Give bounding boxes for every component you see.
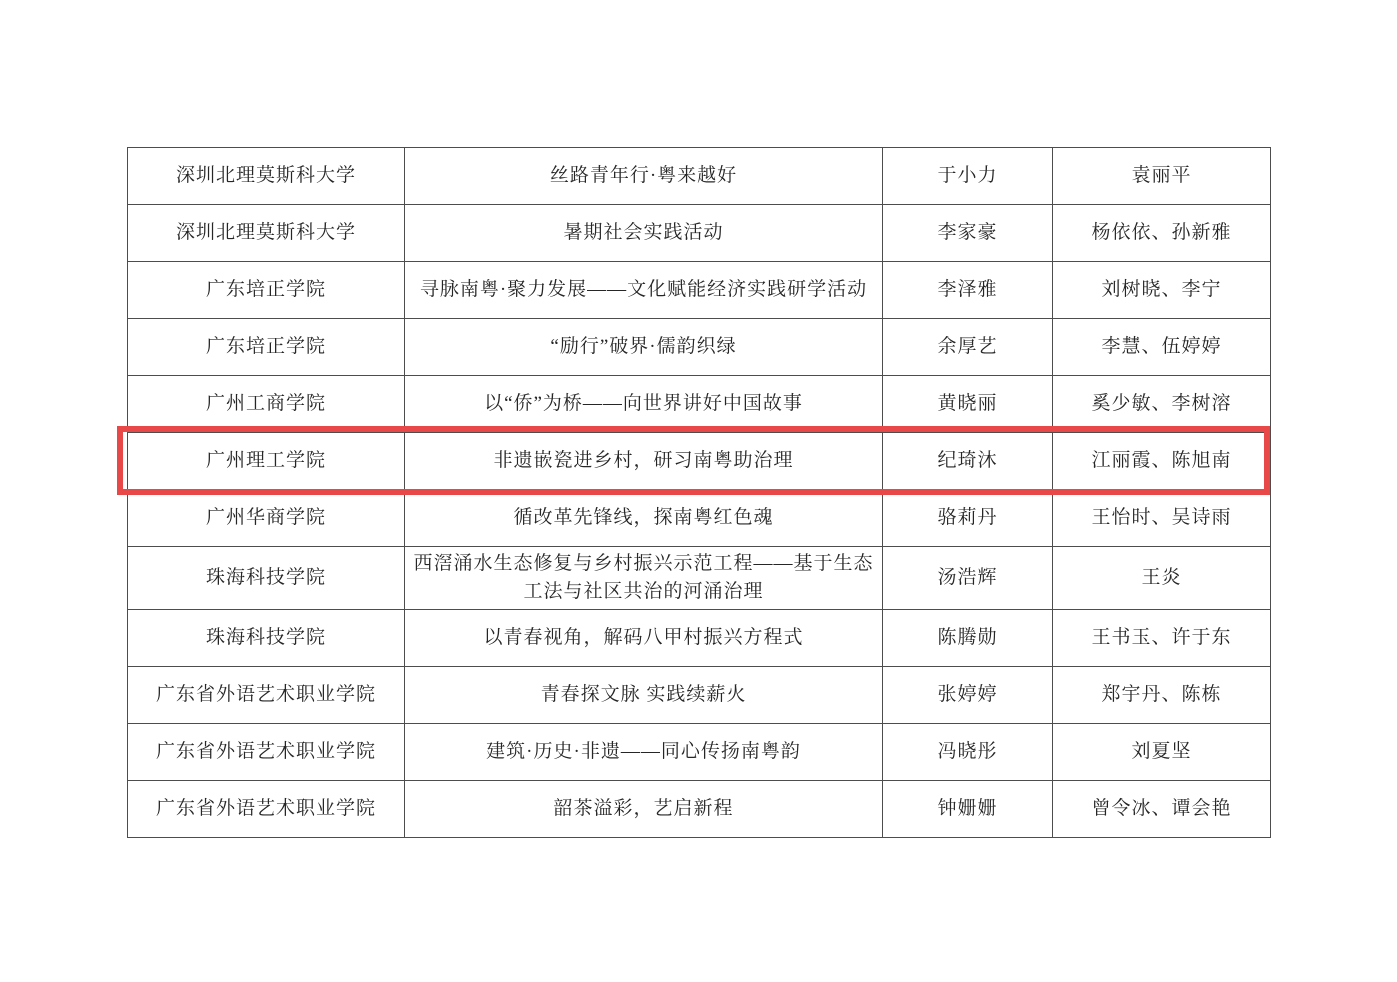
cell-members: 郑宇丹、陈栋 — [1053, 667, 1271, 724]
cell-leader: 骆莉丹 — [883, 490, 1053, 547]
cell-members: 王书玉、许于东 — [1053, 610, 1271, 667]
cell-members: 曾令冰、谭会艳 — [1053, 781, 1271, 838]
cell-project: 循改革先锋线，探南粤红色魂 — [405, 490, 883, 547]
cell-school: 广东省外语艺术职业学院 — [128, 781, 405, 838]
cell-leader: 于小力 — [883, 148, 1053, 205]
cell-leader: 李泽雅 — [883, 262, 1053, 319]
table-row: 广东培正学院 “励行”破界·儒韵织绿 余厚艺 李慧、伍婷婷 — [128, 319, 1271, 376]
cell-leader: 陈腾勋 — [883, 610, 1053, 667]
table-row: 珠海科技学院 以青春视角，解码八甲村振兴方程式 陈腾勋 王书玉、许于东 — [128, 610, 1271, 667]
cell-school: 深圳北理莫斯科大学 — [128, 205, 405, 262]
cell-school: 广州工商学院 — [128, 376, 405, 433]
cell-school: 广州华商学院 — [128, 490, 405, 547]
cell-school: 广州理工学院 — [128, 433, 405, 490]
cell-members: 刘树晓、李宁 — [1053, 262, 1271, 319]
cell-members: 杨依依、孙新雅 — [1053, 205, 1271, 262]
cell-leader: 张婷婷 — [883, 667, 1053, 724]
cell-members: 江丽霞、陈旭南 — [1053, 433, 1271, 490]
cell-members: 奚少敏、李树溶 — [1053, 376, 1271, 433]
table-row: 广东培正学院 寻脉南粤·聚力发展——文化赋能经济实践研学活动 李泽雅 刘树晓、李… — [128, 262, 1271, 319]
cell-school: 广东培正学院 — [128, 262, 405, 319]
cell-project: 建筑·历史·非遗——同心传扬南粤韵 — [405, 724, 883, 781]
cell-project: 寻脉南粤·聚力发展——文化赋能经济实践研学活动 — [405, 262, 883, 319]
table-row: 广东省外语艺术职业学院 韶茶溢彩，艺启新程 钟姗姗 曾令冰、谭会艳 — [128, 781, 1271, 838]
cell-leader: 纪琦沐 — [883, 433, 1053, 490]
cell-school: 广东省外语艺术职业学院 — [128, 724, 405, 781]
table-row: 广东省外语艺术职业学院 建筑·历史·非遗——同心传扬南粤韵 冯晓彤 刘夏坚 — [128, 724, 1271, 781]
cell-school: 深圳北理莫斯科大学 — [128, 148, 405, 205]
cell-members: 李慧、伍婷婷 — [1053, 319, 1271, 376]
cell-school: 珠海科技学院 — [128, 610, 405, 667]
table-row: 深圳北理莫斯科大学 丝路青年行·粤来越好 于小力 袁丽平 — [128, 148, 1271, 205]
cell-school: 广东省外语艺术职业学院 — [128, 667, 405, 724]
cell-project: 丝路青年行·粤来越好 — [405, 148, 883, 205]
award-table: 深圳北理莫斯科大学 丝路青年行·粤来越好 于小力 袁丽平 深圳北理莫斯科大学 暑… — [127, 147, 1271, 838]
cell-members: 袁丽平 — [1053, 148, 1271, 205]
table-row: 深圳北理莫斯科大学 暑期社会实践活动 李家豪 杨依依、孙新雅 — [128, 205, 1271, 262]
cell-leader: 李家豪 — [883, 205, 1053, 262]
cell-school: 珠海科技学院 — [128, 547, 405, 610]
cell-project: 以“侨”为桥——向世界讲好中国故事 — [405, 376, 883, 433]
table-row: 珠海科技学院 西滘涌水生态修复与乡村振兴示范工程——基于生态工法与社区共治的河涌… — [128, 547, 1271, 610]
document-page: 深圳北理莫斯科大学 丝路青年行·粤来越好 于小力 袁丽平 深圳北理莫斯科大学 暑… — [0, 0, 1397, 982]
cell-leader: 冯晓彤 — [883, 724, 1053, 781]
cell-leader: 汤浩辉 — [883, 547, 1053, 610]
cell-school: 广东培正学院 — [128, 319, 405, 376]
table-row: 广州工商学院 以“侨”为桥——向世界讲好中国故事 黄晓丽 奚少敏、李树溶 — [128, 376, 1271, 433]
table-row-highlighted: 广州理工学院 非遗嵌瓷进乡村，研习南粤助治理 纪琦沐 江丽霞、陈旭南 — [128, 433, 1271, 490]
cell-members: 刘夏坚 — [1053, 724, 1271, 781]
cell-project: 青春探文脉 实践续薪火 — [405, 667, 883, 724]
cell-leader: 黄晓丽 — [883, 376, 1053, 433]
cell-project: 韶茶溢彩，艺启新程 — [405, 781, 883, 838]
cell-project: 暑期社会实践活动 — [405, 205, 883, 262]
cell-leader: 钟姗姗 — [883, 781, 1053, 838]
table-row: 广东省外语艺术职业学院 青春探文脉 实践续薪火 张婷婷 郑宇丹、陈栋 — [128, 667, 1271, 724]
cell-project: 西滘涌水生态修复与乡村振兴示范工程——基于生态工法与社区共治的河涌治理 — [405, 547, 883, 610]
cell-members: 王炎 — [1053, 547, 1271, 610]
cell-project: 非遗嵌瓷进乡村，研习南粤助治理 — [405, 433, 883, 490]
cell-project: “励行”破界·儒韵织绿 — [405, 319, 883, 376]
cell-leader: 余厚艺 — [883, 319, 1053, 376]
table-row: 广州华商学院 循改革先锋线，探南粤红色魂 骆莉丹 王怡时、吴诗雨 — [128, 490, 1271, 547]
cell-members: 王怡时、吴诗雨 — [1053, 490, 1271, 547]
cell-project: 以青春视角，解码八甲村振兴方程式 — [405, 610, 883, 667]
